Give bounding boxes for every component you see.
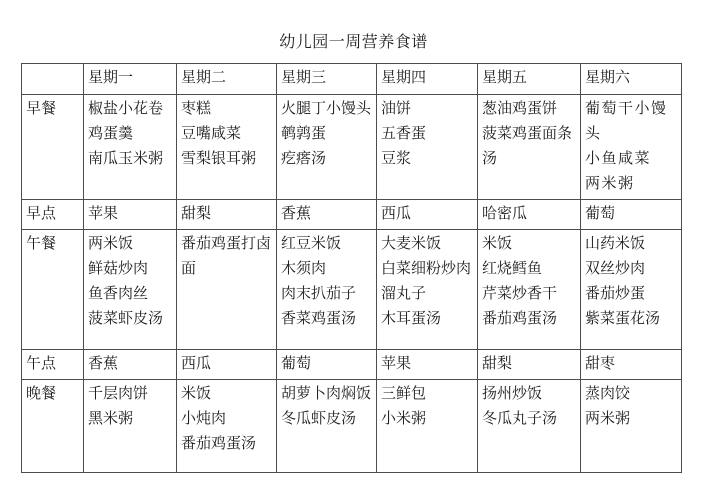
- column-header-friday: 星期五: [478, 64, 581, 95]
- row-label-morning-snack: 早点: [22, 200, 84, 230]
- cell-morning-snack-wednesday: 香蕉: [277, 200, 377, 230]
- column-header-wednesday: 星期三: [277, 64, 377, 95]
- corner-cell: [22, 64, 84, 95]
- column-header-tuesday: 星期二: [177, 64, 277, 95]
- cell-morning-snack-saturday: 葡萄: [581, 200, 682, 230]
- row-breakfast: 早餐 椒盐小花卷 鸡蛋羹 南瓜玉米粥 枣糕 豆嘴咸菜 雪梨银耳粥 火腿丁小馒头 …: [22, 95, 682, 200]
- cell-afternoon-snack-monday: 香蕉: [84, 350, 177, 380]
- cell-lunch-friday: 米饭 红烧鳕鱼 芹菜炒香干 番茄鸡蛋汤: [478, 230, 581, 350]
- cell-afternoon-snack-friday: 甜梨: [478, 350, 581, 380]
- cell-breakfast-saturday: 葡萄干小馒头 小鱼咸菜 两米粥: [581, 95, 682, 200]
- column-header-monday: 星期一: [84, 64, 177, 95]
- cell-breakfast-wednesday: 火腿丁小馒头 鹌鹑蛋 疙瘩汤: [277, 95, 377, 200]
- cell-morning-snack-friday: 哈密瓜: [478, 200, 581, 230]
- row-label-lunch: 午餐: [22, 230, 84, 350]
- cell-dinner-tuesday: 米饭 小炖肉 番茄鸡蛋汤: [177, 380, 277, 473]
- cell-lunch-tuesday: 番茄鸡蛋打卤面: [177, 230, 277, 350]
- header-row: 星期一 星期二 星期三 星期四 星期五 星期六: [22, 64, 682, 95]
- cell-lunch-saturday: 山药米饭 双丝炒肉 番茄炒蛋 紫菜蛋花汤: [581, 230, 682, 350]
- column-header-thursday: 星期四: [377, 64, 478, 95]
- row-lunch: 午餐 两米饭 鲜菇炒肉 鱼香肉丝 菠菜虾皮汤 番茄鸡蛋打卤面 红豆米饭 木须肉 …: [22, 230, 682, 350]
- row-morning-snack: 早点 苹果 甜梨 香蕉 西瓜 哈密瓜 葡萄: [22, 200, 682, 230]
- cell-breakfast-monday: 椒盐小花卷 鸡蛋羹 南瓜玉米粥: [84, 95, 177, 200]
- cell-afternoon-snack-saturday: 甜枣: [581, 350, 682, 380]
- cell-lunch-wednesday: 红豆米饭 木须肉 肉末扒茄子 香菜鸡蛋汤: [277, 230, 377, 350]
- row-afternoon-snack: 午点 香蕉 西瓜 葡萄 苹果 甜梨 甜枣: [22, 350, 682, 380]
- page-title: 幼儿园一周营养食谱: [0, 0, 707, 52]
- weekly-menu-table: 星期一 星期二 星期三 星期四 星期五 星期六 早餐 椒盐小花卷 鸡蛋羹 南瓜玉…: [21, 63, 682, 473]
- cell-dinner-thursday: 三鲜包 小米粥: [377, 380, 478, 473]
- cell-lunch-monday: 两米饭 鲜菇炒肉 鱼香肉丝 菠菜虾皮汤: [84, 230, 177, 350]
- row-label-dinner: 晚餐: [22, 380, 84, 473]
- cell-morning-snack-tuesday: 甜梨: [177, 200, 277, 230]
- cell-dinner-friday: 扬州炒饭 冬瓜丸子汤: [478, 380, 581, 473]
- cell-afternoon-snack-tuesday: 西瓜: [177, 350, 277, 380]
- cell-lunch-thursday: 大麦米饭 白菜细粉炒肉 溜丸子 木耳蛋汤: [377, 230, 478, 350]
- row-label-breakfast: 早餐: [22, 95, 84, 200]
- row-label-afternoon-snack: 午点: [22, 350, 84, 380]
- cell-afternoon-snack-wednesday: 葡萄: [277, 350, 377, 380]
- row-dinner: 晚餐 千层肉饼 黑米粥 米饭 小炖肉 番茄鸡蛋汤 胡萝卜肉焖饭 冬瓜虾皮汤 三鲜…: [22, 380, 682, 473]
- cell-morning-snack-monday: 苹果: [84, 200, 177, 230]
- cell-afternoon-snack-thursday: 苹果: [377, 350, 478, 380]
- cell-dinner-saturday: 蒸肉饺 两米粥: [581, 380, 682, 473]
- cell-morning-snack-thursday: 西瓜: [377, 200, 478, 230]
- cell-dinner-monday: 千层肉饼 黑米粥: [84, 380, 177, 473]
- cell-breakfast-tuesday: 枣糕 豆嘴咸菜 雪梨银耳粥: [177, 95, 277, 200]
- cell-breakfast-thursday: 油饼 五香蛋 豆浆: [377, 95, 478, 200]
- cell-dinner-wednesday: 胡萝卜肉焖饭 冬瓜虾皮汤: [277, 380, 377, 473]
- column-header-saturday: 星期六: [581, 64, 682, 95]
- cell-breakfast-friday: 葱油鸡蛋饼 菠菜鸡蛋面条汤: [478, 95, 581, 200]
